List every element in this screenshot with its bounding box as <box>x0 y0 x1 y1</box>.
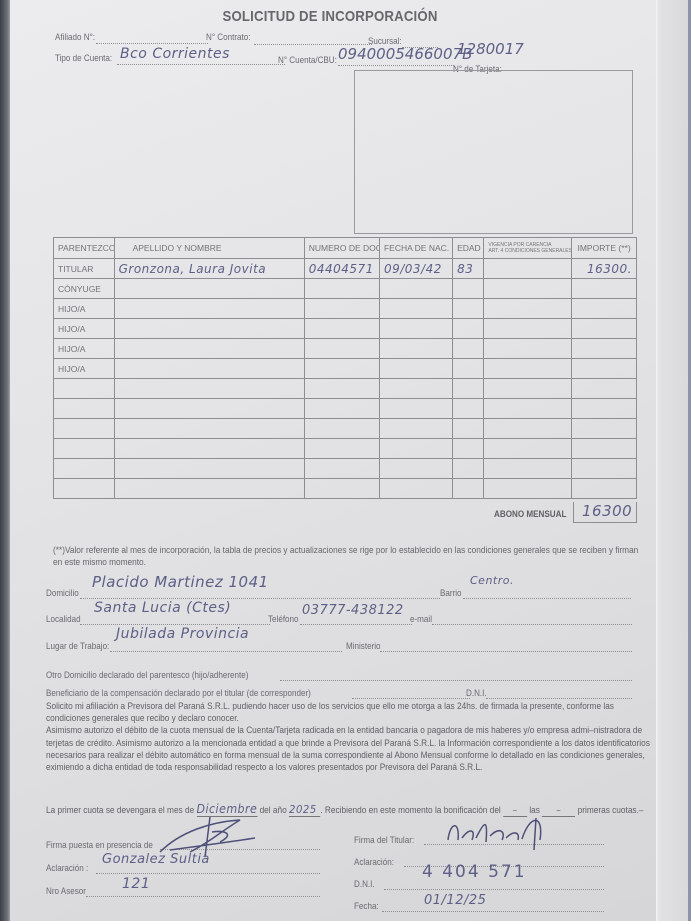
cell-parentezco <box>54 399 115 419</box>
fecha-value: 01/12/25 <box>424 893 486 908</box>
cell-parentezco: TITULAR <box>54 259 115 279</box>
cuenta-extra-value: 1280017 <box>457 40 524 58</box>
members-table: PARENTEZCO APELLIDO Y NOMBRE NUMERO DE D… <box>53 237 637 499</box>
cell-nombre[interactable] <box>114 299 304 319</box>
cell-edad[interactable] <box>453 439 484 459</box>
titular-signature <box>440 812 570 852</box>
table-row <box>54 459 637 479</box>
cell-nombre[interactable] <box>114 479 304 499</box>
cell-fecha-nac[interactable] <box>379 359 452 379</box>
cell-vigencia[interactable] <box>484 379 572 399</box>
col-numero-doc: NUMERO DE DOC. <box>304 238 379 259</box>
cuota-suffix: primeras cuotas.– <box>578 805 644 815</box>
cell-parentezco <box>54 419 115 439</box>
form-title: SOLICITUD DE INCORPORACIÓN <box>48 8 611 25</box>
cell-importe[interactable] <box>572 339 637 359</box>
cell-vigencia[interactable] <box>484 279 572 299</box>
cell-vigencia[interactable] <box>484 479 572 499</box>
asesor-field[interactable] <box>86 895 320 897</box>
cell-vigencia[interactable] <box>484 339 572 359</box>
cell-nombre[interactable] <box>114 419 304 439</box>
cell-doc[interactable] <box>304 379 379 399</box>
cell-nombre[interactable] <box>114 279 304 299</box>
dni-field[interactable] <box>384 888 604 890</box>
cuota-anio-label: del año <box>260 805 287 815</box>
ministerio-field[interactable] <box>380 650 632 652</box>
col-edad: EDAD <box>453 238 484 259</box>
barrio-value: Centro. <box>470 574 514 587</box>
cell-edad[interactable] <box>453 479 484 499</box>
asesor-value: 121 <box>122 876 150 892</box>
cell-importe[interactable] <box>572 399 637 419</box>
table-row <box>54 399 637 419</box>
table-row: HIJO/A <box>54 299 637 319</box>
table-row <box>54 419 637 439</box>
cell-importe[interactable]: 16300. <box>572 259 637 279</box>
table-row <box>54 479 637 499</box>
table-row <box>54 439 637 459</box>
cell-vigencia[interactable] <box>484 439 572 459</box>
table-row <box>54 379 637 399</box>
trabajo-field[interactable] <box>110 650 342 652</box>
cell-fecha-nac[interactable] <box>379 279 452 299</box>
telefono-field[interactable] <box>300 623 412 625</box>
email-field[interactable] <box>432 623 632 625</box>
cuenta-cbu-value: 0940005466007B <box>338 45 472 63</box>
col-vigencia-subtext: ART. 4 CONDICIONES GENERALES <box>488 248 571 254</box>
localidad-value: Santa Lucia (Ctes) <box>94 600 231 616</box>
dni-label: D.N.I. <box>354 879 375 890</box>
ministerio-label: Ministerio <box>346 641 381 652</box>
cell-parentezco <box>54 459 115 479</box>
cell-nombre[interactable]: Gronzona, Laura Jovita <box>114 259 304 279</box>
cell-parentezco: HIJO/A <box>54 319 115 339</box>
cell-nombre[interactable] <box>114 319 304 339</box>
cell-edad[interactable] <box>453 459 484 479</box>
cell-parentezco: HIJO/A <box>54 339 115 359</box>
cell-doc[interactable] <box>304 279 379 299</box>
asesor-label: Nro Asesor <box>46 886 86 897</box>
aclaracion-right-label: Aclaración: <box>354 857 394 868</box>
trabajo-value: Jubilada Provincia <box>116 626 249 642</box>
beneficiario-dni-label: D.N.I. <box>466 688 487 699</box>
cell-edad[interactable] <box>453 399 484 419</box>
cell-importe[interactable] <box>572 419 637 439</box>
contrato-label: N° Contrato: <box>206 32 251 43</box>
cell-doc[interactable] <box>304 419 379 439</box>
cell-fecha-nac[interactable] <box>379 399 452 419</box>
cell-doc[interactable] <box>304 479 379 499</box>
cell-vigencia[interactable] <box>484 319 572 339</box>
col-fecha-nac: FECHA DE NAC. <box>379 238 452 259</box>
beneficiario-field[interactable] <box>352 697 470 699</box>
col-vigencia: VIGENCIA POR CARENCIAART. 4 CONDICIONES … <box>484 238 572 259</box>
cell-fecha-nac[interactable] <box>379 439 452 459</box>
cell-fecha-nac[interactable]: 09/03/42 <box>379 259 452 279</box>
cell-vigencia[interactable] <box>484 359 572 379</box>
aclaracion-left-value: Gonzalez Sultia <box>102 852 210 867</box>
cell-fecha-nac[interactable] <box>379 419 452 439</box>
legal-text: Solicito mi afiliación a Previsora del P… <box>46 700 653 773</box>
cell-parentezco: HIJO/A <box>54 359 115 379</box>
localidad-field[interactable] <box>80 623 270 625</box>
cell-doc[interactable] <box>304 339 379 359</box>
cell-parentezco <box>54 379 115 399</box>
fecha-field[interactable] <box>382 910 604 912</box>
cell-nombre[interactable] <box>114 399 304 419</box>
members-header-row: PARENTEZCO APELLIDO Y NOMBRE NUMERO DE D… <box>54 238 637 259</box>
otro-domicilio-field[interactable] <box>280 679 632 681</box>
beneficiario-dni-field[interactable] <box>486 697 632 699</box>
afiliado-label: Afiliado N°: <box>55 32 95 43</box>
cell-vigencia[interactable] <box>484 259 572 279</box>
cell-parentezco <box>54 439 115 459</box>
cell-edad[interactable] <box>453 419 484 439</box>
email-label: e-mail <box>410 614 432 625</box>
cell-doc[interactable] <box>304 299 379 319</box>
firma-titular-label: Firma del Titular: <box>354 835 414 846</box>
domicilio-field[interactable] <box>80 597 440 599</box>
cell-edad[interactable] <box>453 319 484 339</box>
abono-value: 16300 <box>582 502 632 520</box>
cell-doc[interactable] <box>304 359 379 379</box>
cell-edad[interactable]: 83 <box>453 259 484 279</box>
telefono-label: Teléfono <box>268 614 299 625</box>
domicilio-label: Domicilio <box>46 588 79 599</box>
tipo-cuenta-field[interactable] <box>117 63 285 65</box>
cell-importe[interactable] <box>572 479 637 499</box>
domicilio-value: Placido Martinez 1041 <box>92 573 269 591</box>
cell-doc[interactable] <box>304 439 379 459</box>
page-margin <box>656 0 691 921</box>
cell-importe[interactable] <box>572 379 637 399</box>
cell-parentezco: HIJO/A <box>54 299 115 319</box>
cell-importe[interactable] <box>572 459 637 479</box>
cell-importe[interactable] <box>572 279 637 299</box>
cell-nombre[interactable] <box>114 459 304 479</box>
tipo-cuenta-label: Tipo de Cuenta: <box>55 53 112 64</box>
aclaracion-left-label: Aclaración : <box>46 863 88 874</box>
table-row: HIJO/A <box>54 339 637 359</box>
cell-doc[interactable] <box>304 319 379 339</box>
cell-nombre[interactable] <box>114 439 304 459</box>
cell-vigencia[interactable] <box>484 399 572 419</box>
cuota-anio-field[interactable]: 2025 <box>289 803 320 817</box>
tipo-cuenta-value: Bco Corrientes <box>120 46 230 62</box>
firma-presencia-label: Firma puesta en presencia de <box>46 840 153 851</box>
cell-importe[interactable] <box>572 439 637 459</box>
cell-edad[interactable] <box>453 379 484 399</box>
cell-parentezco: CÓNYUGE <box>54 279 115 299</box>
col-apellido-nombre: APELLIDO Y NOMBRE <box>114 238 304 259</box>
cell-importe[interactable] <box>572 299 637 319</box>
cell-fecha-nac[interactable] <box>379 319 452 339</box>
localidad-label: Localidad <box>46 614 81 625</box>
cell-doc[interactable]: 04404571 <box>304 259 379 279</box>
cell-vigencia[interactable] <box>484 459 572 479</box>
cell-importe[interactable] <box>572 319 637 339</box>
cell-fecha-nac[interactable] <box>379 339 452 359</box>
cuenta-cbu-field[interactable] <box>338 64 454 66</box>
cell-nombre[interactable] <box>114 359 304 379</box>
barrio-label: Barrio <box>440 588 462 599</box>
card-photo-box <box>354 70 633 234</box>
cell-doc[interactable] <box>304 399 379 419</box>
legal-paragraph-debit: Asimismo autorizo el débito de la cuota … <box>46 724 653 773</box>
cell-fecha-nac[interactable] <box>379 299 452 319</box>
dni-value: 4 404 571 <box>422 862 527 882</box>
table-row: HIJO/A <box>54 319 637 339</box>
form-sheet: SOLICITUD DE INCORPORACIÓN Afiliado N°: … <box>10 0 656 921</box>
trabajo-label: Lugar de Trabajo: <box>46 641 109 652</box>
fecha-label: Fecha: <box>354 901 379 912</box>
telefono-value: 03777-438122 <box>302 603 404 618</box>
beneficiario-label: Beneficiario de la compensación declarad… <box>46 688 311 699</box>
cell-importe[interactable] <box>572 359 637 379</box>
legal-paragraph-affiliation: Solicito mi afiliación a Previsora del P… <box>46 700 653 724</box>
cell-nombre[interactable] <box>114 339 304 359</box>
cell-vigencia[interactable] <box>484 419 572 439</box>
cell-edad[interactable] <box>453 339 484 359</box>
cell-vigencia[interactable] <box>484 299 572 319</box>
afiliado-field[interactable] <box>96 42 208 44</box>
otro-domicilio-label: Otro Domicilio declarado del parentesco … <box>46 670 248 681</box>
cell-edad[interactable] <box>453 279 484 299</box>
cell-fecha-nac[interactable] <box>379 379 452 399</box>
table-row: HIJO/A <box>54 359 637 379</box>
cuenta-cbu-label: N° Cuenta/CBU: <box>278 55 337 66</box>
cell-parentezco <box>54 479 115 499</box>
table-row: TITULAR Gronzona, Laura Jovita 04404571 … <box>54 259 637 279</box>
cell-edad[interactable] <box>453 299 484 319</box>
barrio-field[interactable] <box>463 597 631 599</box>
cell-fecha-nac[interactable] <box>379 459 452 479</box>
cell-nombre[interactable] <box>114 379 304 399</box>
cell-edad[interactable] <box>453 359 484 379</box>
table-row: CÓNYUGE <box>54 279 637 299</box>
price-note: (**)Valor referente al mes de incorporac… <box>53 544 642 568</box>
cell-doc[interactable] <box>304 459 379 479</box>
cell-fecha-nac[interactable] <box>379 479 452 499</box>
col-importe: IMPORTE (**) <box>572 238 637 259</box>
abono-label: ABONO MENSUAL <box>494 509 566 519</box>
aclaracion-left-field[interactable] <box>96 872 320 874</box>
col-parentezco: PARENTEZCO <box>54 238 115 259</box>
